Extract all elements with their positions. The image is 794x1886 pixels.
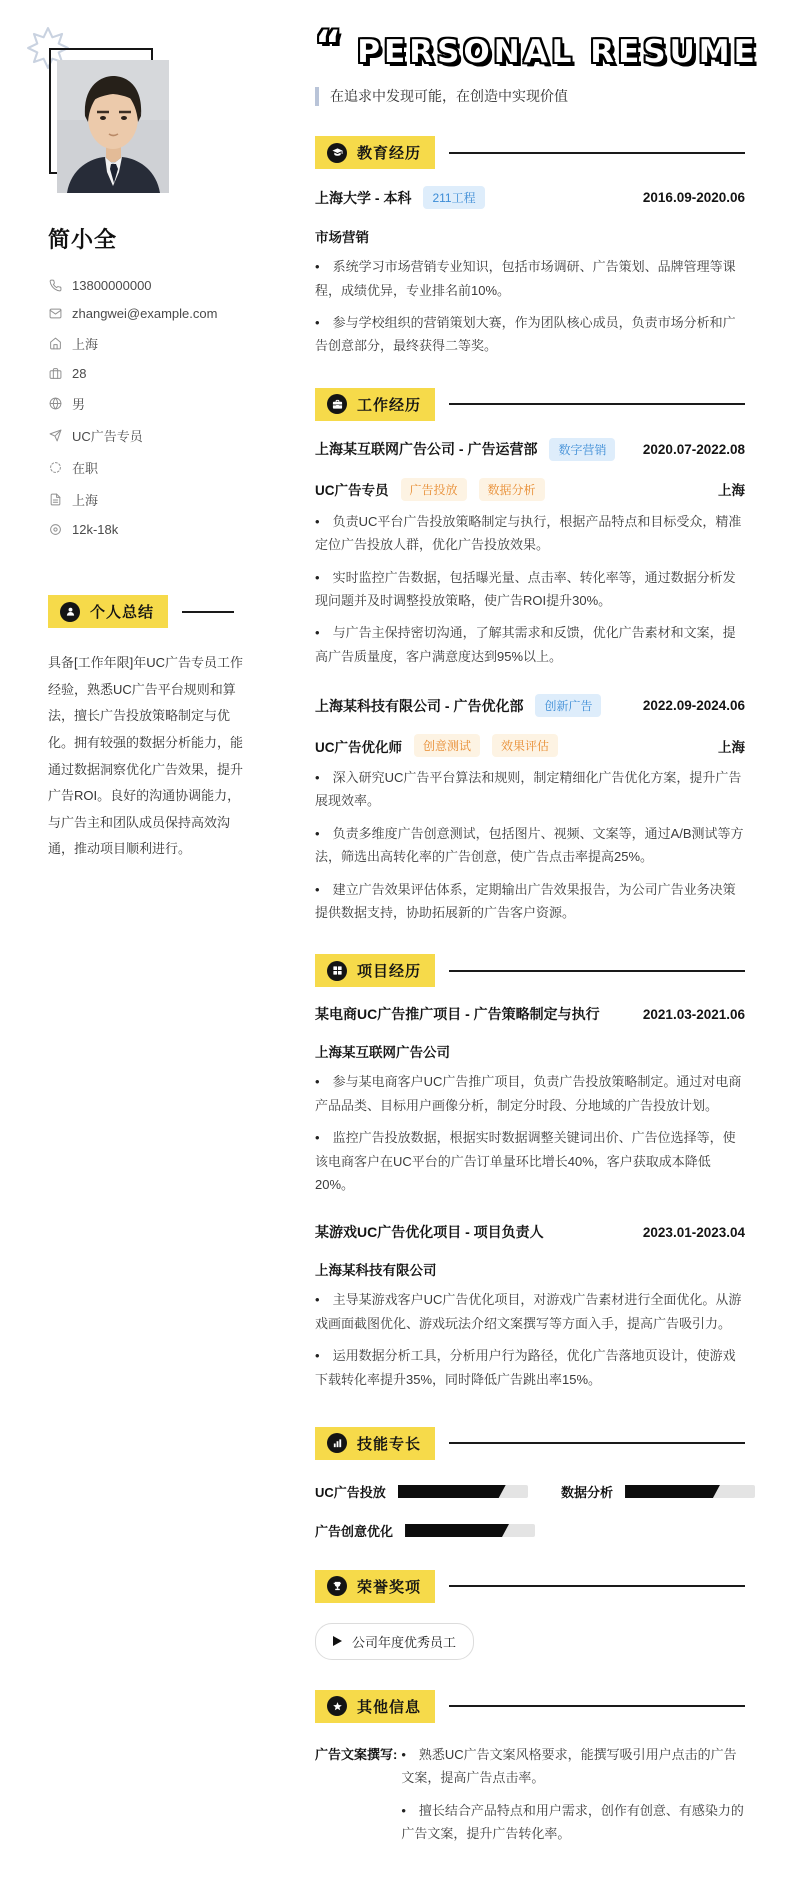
tagline-bar — [315, 87, 319, 106]
job-title: UC广告优化师 — [315, 736, 402, 756]
contact-phone: 13800000000 — [72, 278, 152, 293]
job-tag: 广告投放 — [401, 478, 467, 501]
project-name: 某电商UC广告推广项目 - 广告策略制定与执行 — [315, 1004, 600, 1024]
sidebar: 简小全 13800000000 zhangwei@example.com 上海 … — [48, 0, 300, 1846]
job-date: 2022.09-2024.06 — [643, 698, 745, 713]
education-label: 教育经历 — [315, 136, 435, 169]
section-rule — [449, 152, 745, 154]
job-tag: 创意测试 — [414, 734, 480, 757]
home-icon — [48, 337, 62, 351]
section-header-honors: 荣誉奖项 — [315, 1570, 745, 1603]
job-bullet: 深入研究UC广告平台算法和规则，制定精细化广告优化方案，提升广告展现效率。 — [315, 766, 745, 813]
contact-row-phone: 13800000000 — [48, 278, 300, 293]
job-header: 上海某互联网广告公司 - 广告运营部 数字营销 2020.07-2022.08 — [315, 438, 745, 461]
education-date: 2016.09-2020.06 — [643, 190, 745, 205]
contact-email: zhangwei@example.com — [72, 306, 217, 321]
section-rule — [449, 1585, 745, 1587]
job-bullet: 负责UC平台广告投放策略制定与执行，根据产品特点和目标受众，精准定位广告投放人群… — [315, 510, 745, 557]
tagline-text: 在追求中发现可能，在创造中实现价值 — [330, 86, 568, 106]
contact-row-salary: 12k-18k — [48, 522, 300, 537]
job-tag: 效果评估 — [492, 734, 558, 757]
contact-city: 上海 — [72, 334, 98, 353]
project-company: 上海某科技有限公司 — [315, 1259, 437, 1279]
contact-row-email: zhangwei@example.com — [48, 306, 300, 321]
briefcase-icon — [48, 367, 62, 381]
projects-title: 项目经历 — [357, 960, 421, 981]
contact-row-position: UC广告专员 — [48, 426, 300, 445]
project-bullet: 运用数据分析工具，分析用户行为路径，优化广告落地页设计，使游戏下载转化率提升35… — [315, 1344, 745, 1391]
education-major-row: 市场营销 — [315, 226, 745, 246]
section-rule — [449, 403, 745, 405]
graduation-cap-icon — [327, 143, 347, 163]
briefcase-section-icon — [327, 394, 347, 414]
contact-gender: 男 — [72, 394, 85, 413]
resume-title: PERSONAL RESUME — [357, 28, 759, 71]
grid-icon — [327, 961, 347, 981]
contact-status: 在职 — [72, 458, 98, 477]
phone-icon — [48, 279, 62, 293]
tagline: 在追求中发现可能，在创造中实现价值 — [315, 86, 745, 106]
job-tag: 数据分析 — [479, 478, 545, 501]
skill-label: 广告创意优化 — [315, 1521, 393, 1540]
contact-age: 28 — [72, 366, 86, 381]
skill-bar-track — [398, 1485, 528, 1498]
project-company: 上海某互联网广告公司 — [315, 1041, 450, 1061]
other-info-label: 广告文案撰写: — [315, 1743, 397, 1766]
mail-icon — [48, 307, 62, 321]
honor-tag: 公司年度优秀员工 — [315, 1623, 474, 1660]
projects-label: 项目经历 — [315, 954, 435, 987]
education-title: 教育经历 — [357, 142, 421, 163]
bar-chart-icon — [327, 1433, 347, 1453]
skill-bar-fill — [625, 1485, 720, 1498]
quote-mark: “ — [315, 28, 345, 64]
contact-list: 13800000000 zhangwei@example.com 上海 28 男 — [48, 278, 300, 537]
send-icon — [48, 429, 62, 443]
summary-section-header: 个人总结 — [48, 595, 300, 628]
contact-salary: 12k-18k — [72, 522, 118, 537]
project-header: 某电商UC广告推广项目 - 广告策略制定与执行 2021.03-2021.06 — [315, 1004, 745, 1024]
job-title: UC广告专员 — [315, 479, 389, 499]
skill-bar-fill — [398, 1485, 506, 1498]
job-location: 上海 — [718, 736, 745, 756]
job-bullet: 与广告主保持密切沟通，了解其需求和反馈，优化广告素材和文案，提高广告质量度，客户… — [315, 621, 745, 668]
work-title: 工作经历 — [357, 394, 421, 415]
education-bullet: 参与学校组织的营销策划大赛，作为团队核心成员，负责市场分析和广告创意部分，最终获… — [315, 311, 745, 358]
job-subheader: UC广告专员 广告投放 数据分析 上海 — [315, 478, 745, 501]
project-date: 2023.01-2023.04 — [643, 1225, 745, 1240]
profile-photo — [57, 60, 169, 193]
skill-item: 广告创意优化 — [315, 1521, 535, 1540]
section-header-education: 教育经历 — [315, 136, 745, 169]
project-bullet: 参与某电商客户UC广告推广项目，负责广告投放策略制定。通过对电商产品品类、目标用… — [315, 1070, 745, 1117]
contact-row-status: 在职 — [48, 458, 300, 477]
honors-label: 荣誉奖项 — [315, 1570, 435, 1603]
other-label: 其他信息 — [315, 1690, 435, 1723]
other-bullet: 熟悉UC广告文案风格要求，能撰写吸引用户点击的广告文案，提高广告点击率。 — [401, 1743, 745, 1790]
document-icon — [48, 493, 62, 507]
contact-position: UC广告专员 — [72, 426, 143, 445]
skill-label: 数据分析 — [561, 1482, 613, 1501]
job-bullet: 建立广告效果评估体系，定期输出广告效果报告，为公司广告业务决策提供数据支持，协助… — [315, 878, 745, 925]
user-icon — [60, 602, 80, 622]
section-header-other: 其他信息 — [315, 1690, 745, 1723]
job-bullet: 实时监控广告数据，包括曝光量、点击率、转化率等，通过数据分析发现问题并及时调整投… — [315, 566, 745, 613]
project-company-row: 上海某科技有限公司 — [315, 1259, 745, 1279]
target-icon — [48, 523, 62, 537]
page-title: “ PERSONAL RESUME — [315, 28, 745, 71]
portrait-illustration — [57, 60, 169, 193]
contact-row-age: 28 — [48, 366, 300, 381]
skills-title: 技能专长 — [357, 1433, 421, 1454]
project-bullet: 监控广告投放数据，根据实时数据调整关键词出价、广告位选择等，使该电商客户在UC平… — [315, 1126, 745, 1196]
section-header-work: 工作经历 — [315, 388, 745, 421]
project-header: 某游戏UC广告优化项目 - 项目负责人 2023.01-2023.04 — [315, 1222, 745, 1242]
play-icon — [333, 1636, 342, 1646]
project-date: 2021.03-2021.06 — [643, 1007, 745, 1022]
skill-item: 数据分析 — [561, 1482, 755, 1501]
section-header-projects: 项目经历 — [315, 954, 745, 987]
skill-bar-fill — [405, 1524, 509, 1537]
loader-icon — [48, 461, 62, 475]
skills-grid: UC广告投放 数据分析 广告创意优化 — [315, 1482, 745, 1540]
summary-text: 具备[工作年限]年UC广告专员工作经验，熟悉UC广告平台规则和算法，擅长广告投放… — [48, 650, 248, 863]
company-badge: 数字营销 — [549, 438, 615, 461]
work-label: 工作经历 — [315, 388, 435, 421]
resume-page: 简小全 13800000000 zhangwei@example.com 上海 … — [0, 0, 794, 1886]
contact-row-hukou: 上海 — [48, 490, 300, 509]
summary-rule — [182, 611, 234, 613]
school-badge: 211工程 — [423, 186, 484, 209]
contact-row-gender: 男 — [48, 394, 300, 413]
honor-text: 公司年度优秀员工 — [352, 1632, 456, 1651]
other-info-row: 广告文案撰写: 熟悉UC广告文案风格要求，能撰写吸引用户点击的广告文案，提高广告… — [315, 1743, 745, 1846]
job-header: 上海某科技有限公司 - 广告优化部 创新广告 2022.09-2024.06 — [315, 694, 745, 717]
project-company-row: 上海某互联网广告公司 — [315, 1041, 745, 1061]
skills-label: 技能专长 — [315, 1427, 435, 1460]
job-date: 2020.07-2022.08 — [643, 442, 745, 457]
main-content: “ PERSONAL RESUME 在追求中发现可能，在创造中实现价值 教育经历… — [315, 0, 745, 1846]
major-name: 市场营销 — [315, 226, 369, 246]
job-subheader: UC广告优化师 创意测试 效果评估 上海 — [315, 734, 745, 757]
job-bullet: 负责多维度广告创意测试，包括图片、视频、文案等，通过A/B测试等方法，筛选出高转… — [315, 822, 745, 869]
candidate-name: 简小全 — [48, 223, 300, 254]
education-entry-header: 上海大学 - 本科 211工程 2016.09-2020.06 — [315, 186, 745, 209]
project-bullet: 主导某游戏客户UC广告优化项目，对游戏广告素材进行全面优化。从游戏画面截图优化、… — [315, 1288, 745, 1335]
honors-title: 荣誉奖项 — [357, 1576, 421, 1597]
contact-hukou: 上海 — [72, 490, 98, 509]
company-name: 上海某互联网广告公司 - 广告运营部 — [315, 439, 537, 459]
other-bullet: 擅长结合产品特点和用户需求，创作有创意、有感染力的广告文案，提升广告转化率。 — [401, 1799, 745, 1846]
education-bullet: 系统学习市场营销专业知识，包括市场调研、广告策划、品牌管理等课程，成绩优异，专业… — [315, 255, 745, 302]
globe-icon — [48, 397, 62, 411]
company-name: 上海某科技有限公司 - 广告优化部 — [315, 696, 523, 716]
company-badge: 创新广告 — [535, 694, 601, 717]
job-location: 上海 — [718, 479, 745, 499]
skill-label: UC广告投放 — [315, 1482, 386, 1501]
contact-row-city: 上海 — [48, 334, 300, 353]
star-icon — [327, 1696, 347, 1716]
trophy-icon — [327, 1576, 347, 1596]
skill-bar-track — [625, 1485, 755, 1498]
summary-title: 个人总结 — [90, 601, 154, 622]
section-header-skills: 技能专长 — [315, 1427, 745, 1460]
other-title: 其他信息 — [357, 1696, 421, 1717]
project-name: 某游戏UC广告优化项目 - 项目负责人 — [315, 1222, 544, 1242]
section-rule — [449, 1442, 745, 1444]
section-rule — [449, 970, 745, 972]
skill-item: UC广告投放 — [315, 1482, 535, 1501]
other-info-bullets: 熟悉UC广告文案风格要求，能撰写吸引用户点击的广告文案，提高广告点击率。 擅长结… — [401, 1743, 745, 1846]
skill-bar-track — [405, 1524, 535, 1537]
section-rule — [449, 1705, 745, 1707]
school-name: 上海大学 - 本科 — [315, 188, 411, 208]
portrait-image — [57, 60, 169, 193]
summary-label: 个人总结 — [48, 595, 168, 628]
